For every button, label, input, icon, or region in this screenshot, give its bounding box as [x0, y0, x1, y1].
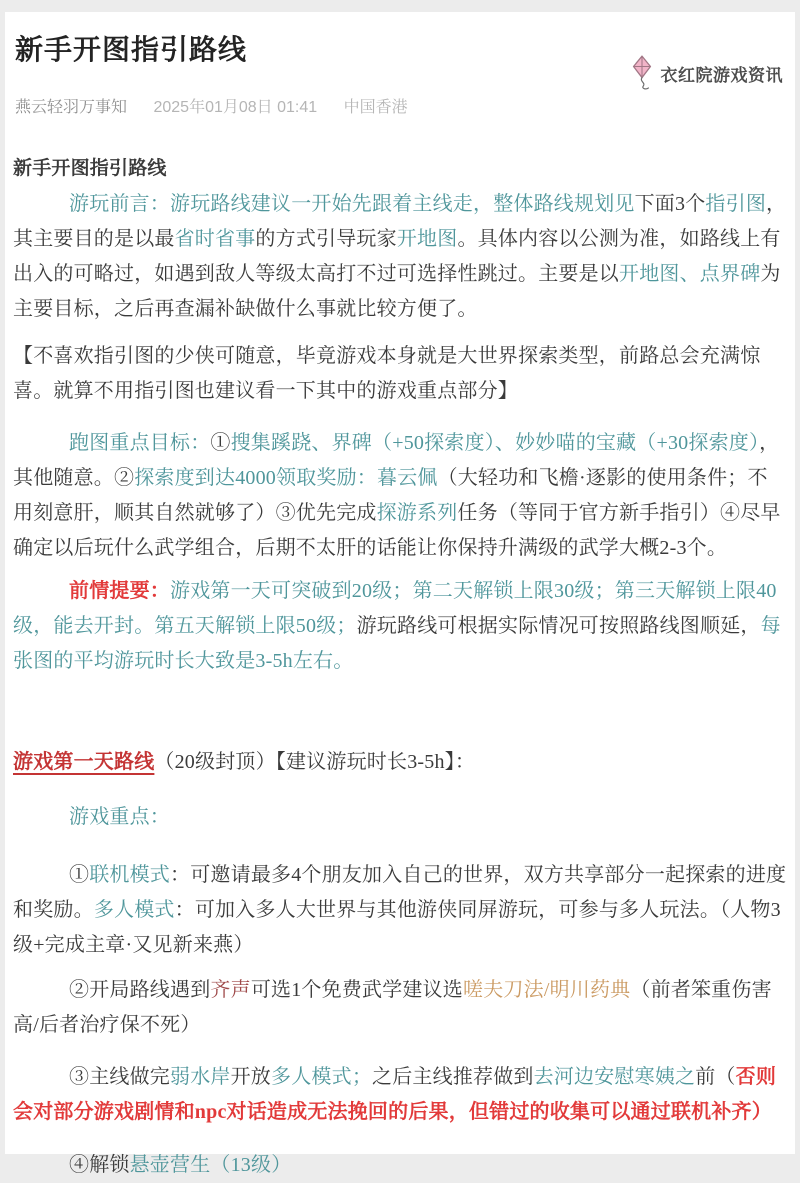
- kite-icon: [629, 54, 655, 92]
- text-run: 省时省事: [175, 228, 256, 250]
- paragraph-game-focus: 游戏重点：: [13, 800, 787, 835]
- paragraph-foreword: 游玩前言：游玩路线建议一开始先跟着主线走，整体路线规划见下面3个指引图，其主要目…: [13, 187, 787, 327]
- text-run: 开地图: [397, 228, 458, 250]
- publish-location: 中国香港: [344, 99, 408, 116]
- text-run: ②开局路线遇到: [69, 979, 210, 1001]
- paragraph-point-2: ②开局路线遇到齐声可选1个免费武学建议选嗟夫刀法/明川药典（前者笨重伤害高/后者…: [13, 973, 787, 1043]
- text-run: 游戏重点：: [69, 806, 170, 828]
- text-run: ①: [69, 864, 89, 886]
- text-run: 多人模式；: [271, 1066, 372, 1088]
- brand-name: 衣红院游戏资讯: [661, 61, 784, 86]
- text-run: 开地图、点界碑: [619, 263, 760, 285]
- brand-badge: 衣红院游戏资讯: [629, 54, 784, 92]
- text-run: 搜集蹊跷、界碑（+50探索度）、妙妙喵的宝藏（+30探索度）: [231, 432, 760, 454]
- paragraph-point-3: ③主线做完弱水岸开放多人模式；之后主线推荐做到去河边安慰寒姨之前（否则会对部分游…: [13, 1060, 787, 1130]
- text-run: 【不喜欢指引图的少侠可随意，毕竟游戏本身就是大世界探索类型，前路总会充满惊喜。就…: [13, 345, 760, 402]
- paragraph-point-4: ④解锁悬壶营生（13级）: [13, 1148, 787, 1154]
- byline: 燕云轻羽万事知 2025年01月08日 01:41 中国香港: [15, 94, 785, 117]
- text-run: 跑图重点目标：: [69, 432, 210, 454]
- text-run: 齐声: [210, 979, 250, 1001]
- text-run: ③主线做完: [69, 1066, 170, 1088]
- paragraph-point-1: ①联机模式：可邀请最多4个朋友加入自己的世界，双方共享部分一起探索的进度和奖励。…: [13, 858, 787, 963]
- text-run: 新手开图指引路线: [13, 158, 167, 179]
- text-run: 游戏第一天路线: [13, 751, 154, 773]
- text-run: 前（: [695, 1066, 735, 1088]
- text-run: 探游系列: [377, 502, 458, 524]
- paragraph-note: 【不喜欢指引图的少侠可随意，毕竟游戏本身就是大世界探索类型，前路总会充满惊喜。就…: [13, 339, 787, 409]
- text-run: 游玩前言：游玩路线建议一开始先跟着主线走，整体路线规划见: [69, 193, 635, 215]
- text-run: 去河边安慰寒姨之: [534, 1066, 696, 1088]
- day-one-heading: 游戏第一天路线（20级封顶）【建议游玩时长3-5h】：: [13, 745, 787, 780]
- text-run: 联机模式: [89, 864, 170, 886]
- section-heading: 新手开图指引路线: [13, 155, 787, 183]
- text-run: 可选1个免费武学建议选: [251, 979, 463, 1001]
- text-run: 指引图: [705, 193, 766, 215]
- text-run: 之后主线推荐做到: [372, 1066, 534, 1088]
- text-run: ①: [210, 432, 230, 454]
- text-run: 探索度到达4000领取奖励：暮云佩: [134, 467, 437, 489]
- text-run: 下面3个: [635, 193, 706, 215]
- text-run: 嗟夫刀法/明川药典: [463, 979, 630, 1001]
- paragraph-map-goals: 跑图重点目标：①搜集蹊跷、界碑（+50探索度）、妙妙喵的宝藏（+30探索度），其…: [13, 426, 787, 566]
- paragraph-recap: 前情提要：游戏第一天可突破到20级；第二天解锁上限30级；第三天解锁上限40级，…: [13, 574, 787, 679]
- article: 新手开图指引路线游玩前言：游玩路线建议一开始先跟着主线走，整体路线规划见下面3个…: [5, 155, 795, 1154]
- author-name: 燕云轻羽万事知: [15, 99, 127, 116]
- text-run: 开放: [231, 1066, 271, 1088]
- text-run: 游玩路线可根据实际情况可按照路线图顺延，: [357, 615, 761, 637]
- text-run: （20级封顶）【建议游玩时长3-5h】：: [154, 751, 475, 773]
- text-run: 的方式引导玩家: [255, 228, 396, 250]
- article-page: 新手开图指引路线 衣红院游戏资讯 燕云轻羽万事知 2025年01月08日 01:…: [5, 12, 795, 1154]
- publish-date: 2025年01月08日 01:41: [153, 99, 317, 116]
- text-run: 弱水岸: [170, 1066, 231, 1088]
- text-run: 前情提要：: [69, 580, 170, 602]
- article-header: 新手开图指引路线 衣红院游戏资讯 燕云轻羽万事知 2025年01月08日 01:…: [5, 12, 795, 117]
- text-run: 多人模式: [94, 899, 175, 921]
